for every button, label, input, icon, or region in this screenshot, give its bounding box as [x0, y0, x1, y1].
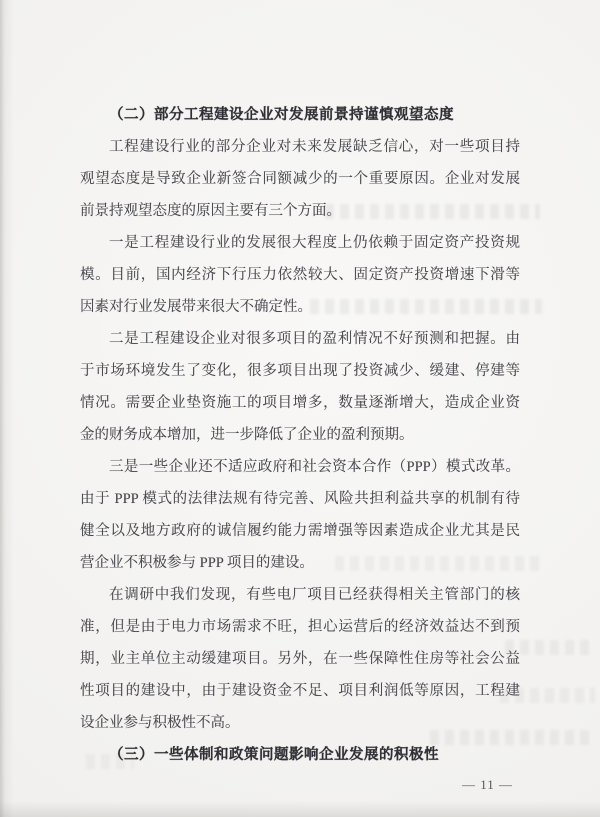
body-text-line: 在调研中我们发现，有些电厂项目已经获得相关主管部门的核 — [80, 579, 520, 611]
body-text-line: 三是一些企业还不适应政府和社会资本合作（PPP）模式改革。 — [80, 451, 520, 483]
body-text-line: 观望态度是导致企业新签合同额减少的一个重要原因。企业对发展 — [80, 163, 520, 195]
body-text-line: 情况。需要企业垫资施工的项目增多，数量逐渐增大，造成企业资 — [80, 387, 520, 419]
body-text-line: 准，但是由于电力市场需求不旺，担心运营后的经济效益达不到预 — [80, 611, 520, 643]
body-text-line: 性项目的建设中，由于建设资金不足、项目利润低等原因，工程建 — [80, 675, 520, 707]
body-text-line: 期，业主单位主动缓建项目。另外，在一些保障性住房等社会公益 — [80, 643, 520, 675]
body-text-line: 金的财务成本增加，进一步降低了企业的盈利预期。 — [80, 419, 520, 451]
page-number: — 11 — — [462, 777, 513, 793]
body-text-line: 工程建设行业的部分企业对未来发展缺乏信心，对一些项目持 — [80, 131, 520, 163]
section-heading-3: （三）一些体制和政策问题影响企业发展的积极性 — [80, 739, 520, 771]
body-text-line: 健全以及地方政府的诚信履约能力需增强等因素造成企业尤其是民 — [80, 515, 520, 547]
body-text-line: 因素对行业发展带来很大不确定性。 — [80, 291, 520, 323]
body-text-line: 由于 PPP 模式的法律法规有待完善、风险共担利益共享的机制有待 — [80, 483, 520, 515]
page-left-edge-shade — [0, 0, 14, 817]
body-text-line: 模。目前，国内经济下行压力依然较大、固定资产投资增速下滑等 — [80, 259, 520, 291]
page-bottom-edge-shade — [0, 801, 600, 817]
document-page: （二）部分工程建设企业对发展前景持谨慎观望态度 工程建设行业的部分企业对未来发展… — [0, 0, 600, 817]
body-text-line: 营企业不积极参与 PPP 项目的建设。 — [80, 547, 520, 579]
body-text-line: 设企业参与积极性不高。 — [80, 707, 520, 739]
text-block: （二）部分工程建设企业对发展前景持谨慎观望态度 工程建设行业的部分企业对未来发展… — [80, 99, 520, 771]
body-text-line: 二是工程建设企业对很多项目的盈利情况不好预测和把握。由 — [80, 323, 520, 355]
section-heading-2: （二）部分工程建设企业对发展前景持谨慎观望态度 — [80, 99, 520, 131]
body-text-line: 前景持观望态度的原因主要有三个方面。 — [80, 195, 520, 227]
body-text-line: 于市场环境发生了变化，很多项目出现了投资减少、缓建、停建等 — [80, 355, 520, 387]
body-text-line: 一是工程建设行业的发展很大程度上仍依赖于固定资产投资规 — [80, 227, 520, 259]
